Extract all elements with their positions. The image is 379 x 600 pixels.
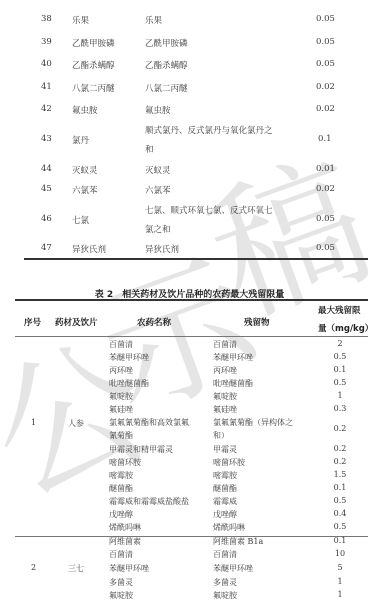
row-number: 40 [41,59,52,69]
residue: 八氯二丙醚 [145,82,188,94]
group-number: 1 [31,418,36,427]
residue: 百菌清 [213,549,237,560]
pesticide-name: 百菌清 [109,339,133,350]
limit-value: 2 [320,339,360,348]
row-number: 41 [41,82,52,92]
limit-value: 0.2 [320,424,360,433]
residue: 乙酰甲胺磷 [145,37,188,49]
pesticide-name: 苯醚甲环唑 [109,563,149,574]
header-limit-unit: 量（mg/kg） [318,322,373,334]
pesticide-name: 戊唑醇 [109,509,133,520]
pesticide-name: 氟啶胺 [109,590,133,600]
pesticide-name: 氟硅唑 [109,404,133,415]
header-herb: 药材及饮片 [55,316,98,328]
limit-value: 0.1 [320,536,360,545]
row-number: 44 [41,164,52,174]
pesticide-name: 六氯苯 [72,184,98,196]
residue: 灭蚁灵 [145,164,171,176]
pesticide-name: 异狄氏剂 [72,243,106,255]
header-pesticide: 农药名称 [137,316,171,328]
residue: 嘧霉胺 [213,470,237,481]
limit-value: 0.05 [316,59,335,69]
pesticide-name: 乙酰甲胺磷 [72,37,115,49]
pesticide-name: 霜霉威和霜霉威盐酸盐 [109,496,189,507]
limit-value: 0.05 [316,214,335,224]
limit-value: 1 [320,590,360,599]
limit-value: 0.05 [316,37,335,47]
residue: 氟啶胺 [213,590,237,600]
residue: 吡唑醚菌酯 [213,378,253,389]
residue: 甲霜灵 [213,444,237,455]
residue: 戊唑醇 [213,509,237,520]
header-residue: 残留物 [244,316,270,328]
limit-value: 0.1 [320,365,360,374]
pesticide-name: 嘧菌环胺 [109,457,141,468]
row-number: 42 [41,104,52,114]
limit-value: 0.2 [320,457,360,466]
residue: 苯醚甲环唑 [213,563,253,574]
pesticide-name: 吡唑醚菌酯 [109,378,149,389]
residue: 氟啶胺 [213,391,237,402]
residue: 丙环唑 [213,365,237,376]
limit-value: 0.3 [320,404,360,413]
header-no: 序号 [24,316,41,328]
row-number: 46 [41,214,52,224]
residue: 苯醚甲环唑 [213,352,253,363]
residue: 七氯、顺式环氧七氯、反式环氧七 [145,204,273,216]
table-bottom-rule [24,258,368,260]
limit-value: 0.02 [316,82,335,92]
residue: 嘧菌环胺 [213,457,245,468]
pesticide-name: 烯酰吗啉 [109,522,141,533]
residue-continued: 和 [145,143,154,155]
row-number: 38 [41,14,52,24]
limit-value: 0.5 [320,522,360,531]
limit-value: 0.5 [320,352,360,361]
residue: 乐果 [145,14,162,26]
limit-value: 1 [320,391,360,400]
limit-value: 0.02 [316,104,335,114]
pesticide-name: 百菌清 [109,549,133,560]
header-limit: 最大残留限 [318,304,361,316]
pesticide-name: 氯氟氰菊酯和高效氯氟 [109,417,189,428]
pesticide-name: 醚菌酯 [109,483,133,494]
pesticide-name: 苯醚甲环唑 [109,352,149,363]
pesticide-name: 丙环唑 [109,365,133,376]
limit-value: 1 [320,577,360,586]
pesticide-name: 乐果 [72,14,89,26]
residue: 多菌灵 [213,577,237,588]
pesticide-name: 阿维菌素 [109,536,141,547]
pesticide-name: 八氯二丙醚 [72,82,115,94]
pesticide-name: 氯丹 [72,134,89,146]
limit-value: 0.5 [320,496,360,505]
residue: 醚菌酯 [213,483,237,494]
pesticide-name: 氟虫胺 [72,104,98,116]
row-number: 43 [41,134,52,144]
pesticide-name: 灭蚁灵 [72,164,98,176]
pesticide-name: 嘧霉胺 [109,470,133,481]
limit-value: 0.01 [316,164,335,174]
pesticide-name-continued: 氰菊酯 [109,430,133,441]
residue: 乙酯杀螨醇 [145,59,188,71]
pesticide-name: 甲霜灵和精甲霜灵 [109,444,173,455]
residue: 氟硅唑 [213,404,237,415]
pesticide-name: 氟啶胺 [109,391,133,402]
residue: 霜霉威 [213,496,237,507]
limit-value: 0.5 [320,378,360,387]
limit-value: 0.05 [316,14,335,24]
residue-continued: 和） [213,430,229,441]
residue: 六氯苯 [145,184,171,196]
row-number: 39 [41,37,52,47]
residue: 烯酰吗啉 [213,522,245,533]
herb-name: 人参 [68,418,84,429]
limit-value: 0.02 [316,184,335,194]
residue-continued: 氯之和 [145,223,171,235]
limit-value: 0.1 [320,483,360,492]
group-number: 2 [31,563,36,572]
limit-value: 1.5 [320,470,360,479]
residue: 氟虫胺 [145,104,171,116]
header-rule [15,336,368,337]
limit-value: 0.1 [318,134,332,144]
watermark: 稿 [178,101,379,355]
pesticide-name: 七氯 [72,214,89,226]
row-number: 45 [41,184,52,194]
residue: 顺式氯丹、反式氯丹与氧化氯丹之 [145,124,273,136]
group-divider [15,536,368,537]
limit-value: 0.2 [320,444,360,453]
row-number: 47 [41,243,52,253]
limit-value: 0.05 [316,243,335,253]
herb-name: 三七 [68,563,84,574]
limit-value: 0.4 [320,509,360,518]
residue: 异狄氏剂 [145,243,179,255]
limit-value: 5 [320,563,360,572]
pesticide-name: 多菌灵 [109,577,133,588]
residue: 百菌清 [213,339,237,350]
residue: 阿维菌素 B1a [213,536,263,547]
limit-value: 10 [320,549,360,558]
residue: 氯氟氰菊酯（异构体之 [213,417,293,428]
pesticide-name: 乙酯杀螨醇 [72,59,115,71]
table-top-rule [15,299,368,301]
